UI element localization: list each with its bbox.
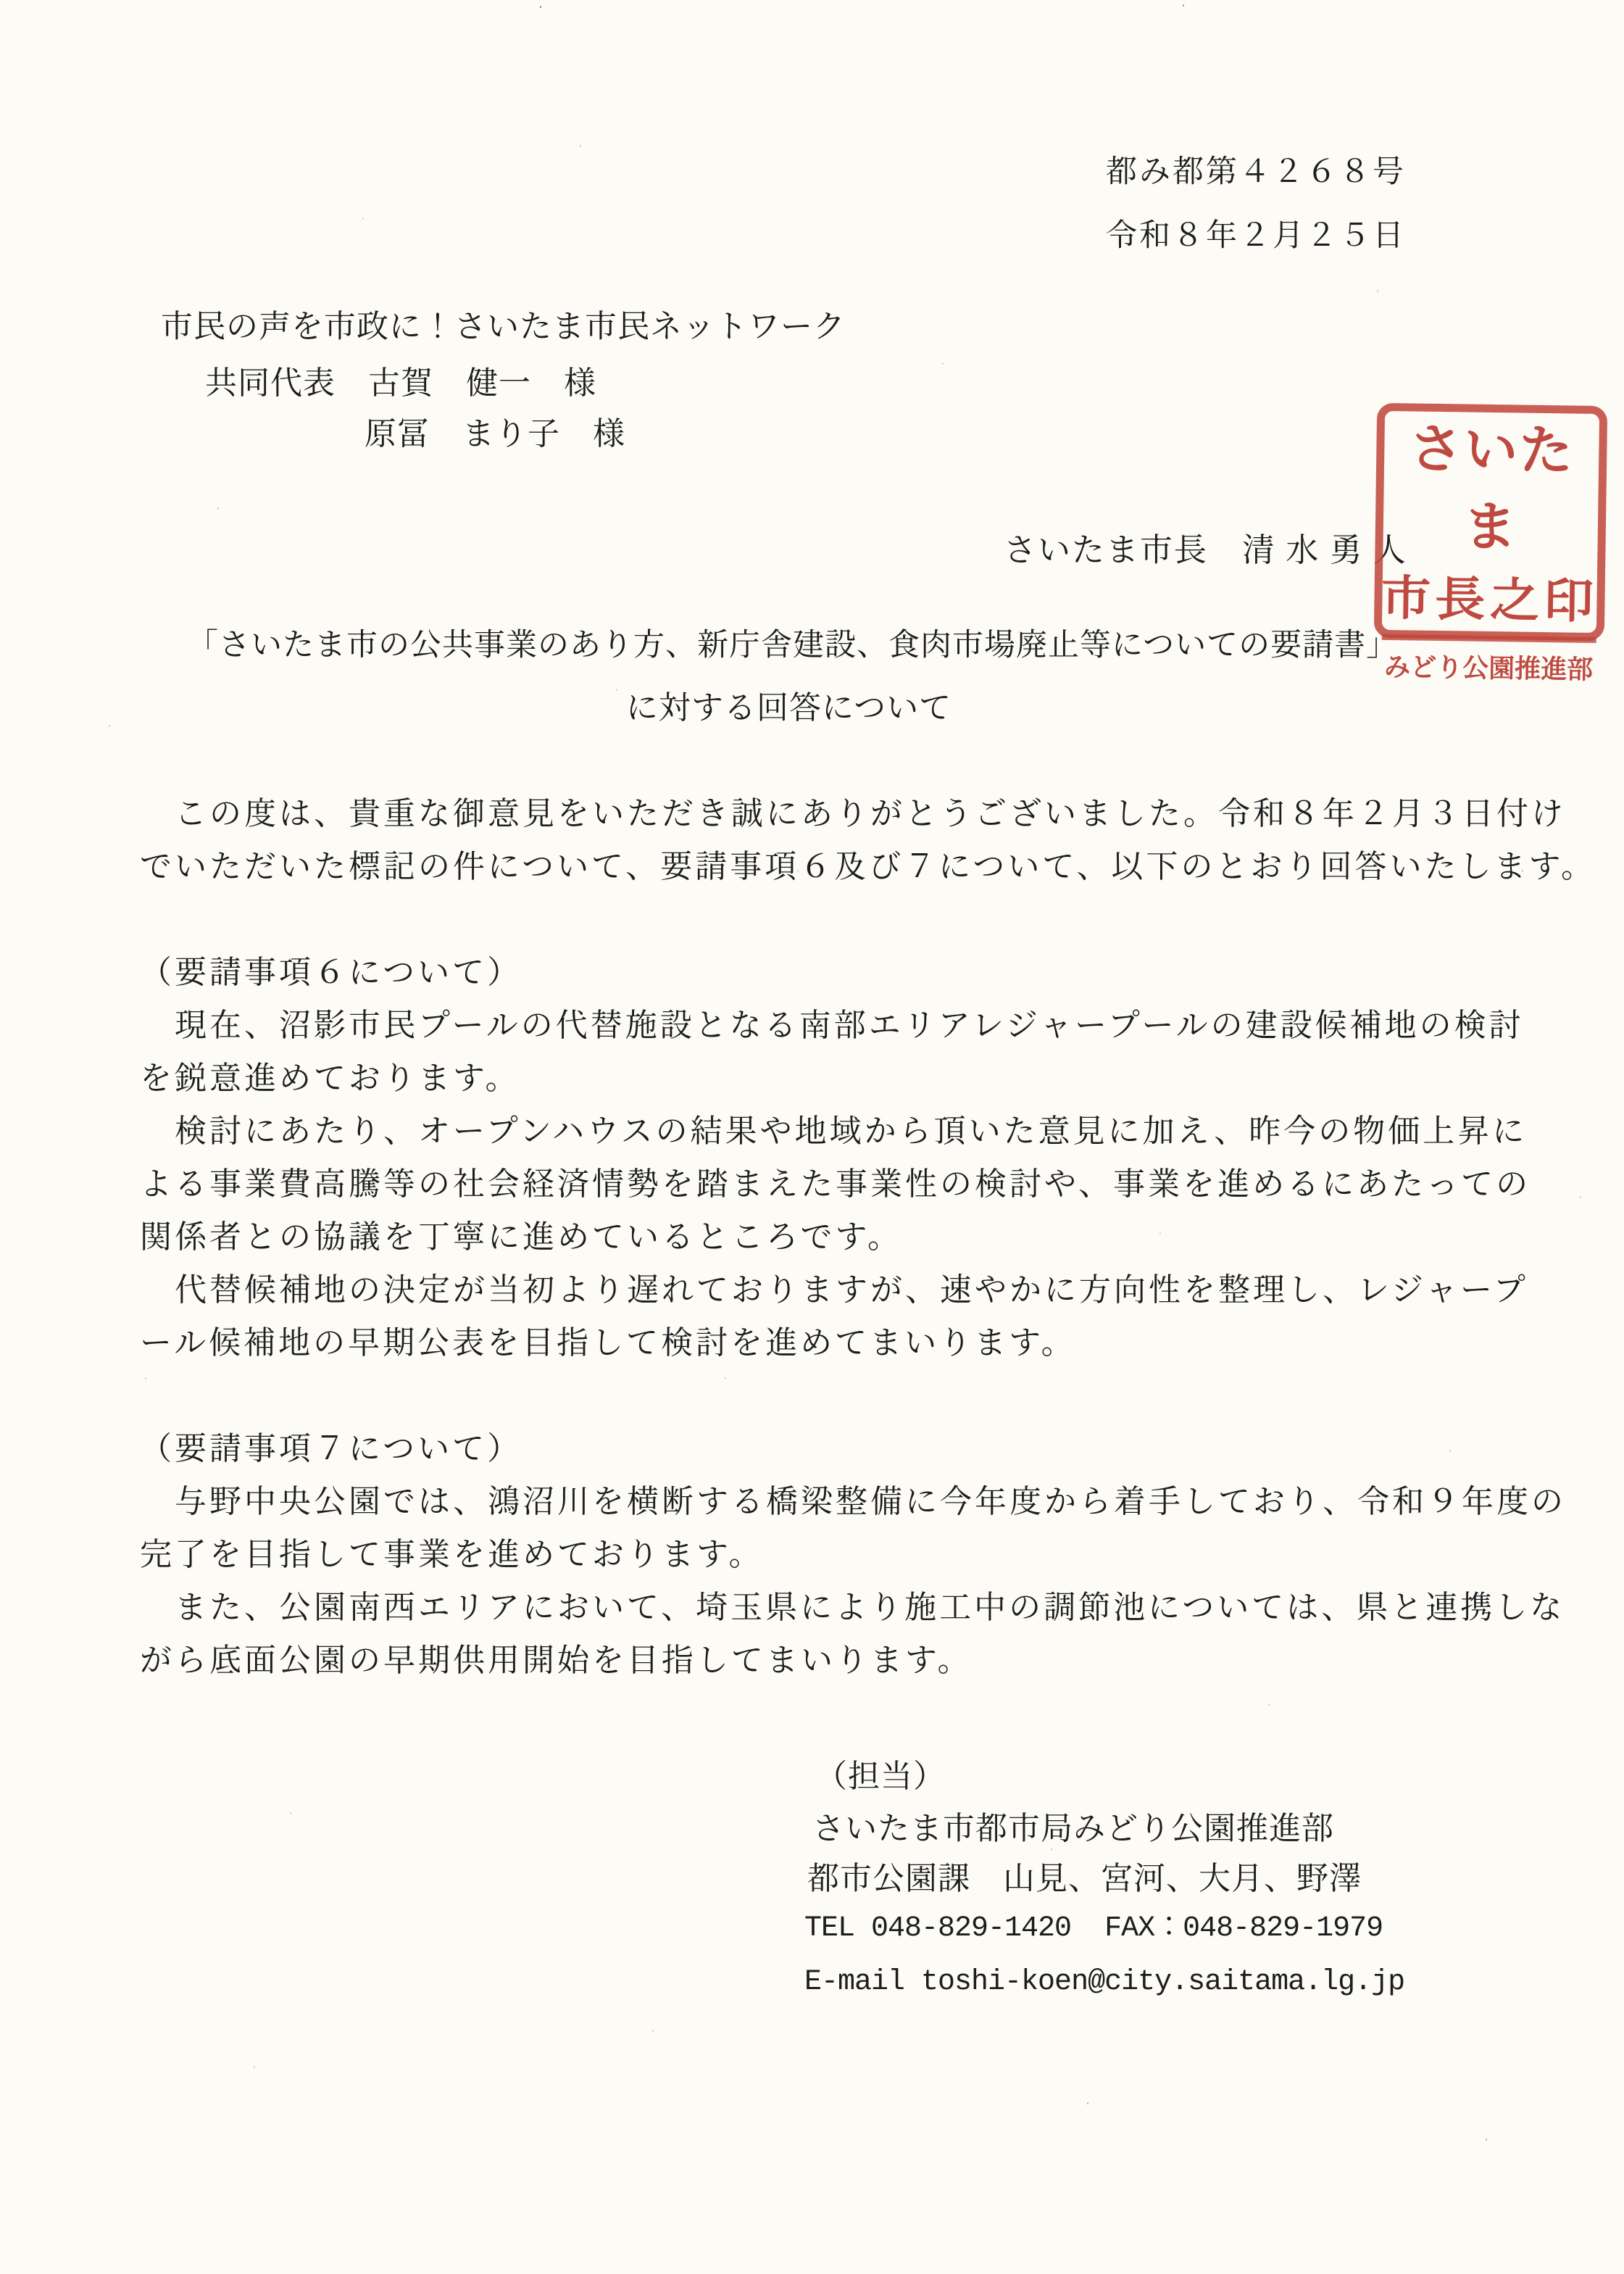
mayor-seal: さいたま 市長之印 みどり公園推進部: [1374, 403, 1607, 641]
doc-date: 令和８年２月２５日: [1106, 211, 1406, 255]
recipient-org: 市民の声を市政に！さいたま市民ネットワーク: [161, 300, 846, 347]
body-line: 与野中央公園では、鴻沼川を横断する橋梁整備に今年度から着手しており、令和９年度の: [140, 1475, 1596, 1528]
contact-label: （担当）: [815, 1750, 946, 1796]
body-line: よる事業費高騰等の社会経済情勢を踏まえた事業性の検討や、事業を進めるにあたっての: [140, 1158, 1596, 1211]
contact-dept: 都市公園課 山見、宮河、大月、野澤: [807, 1852, 1362, 1899]
recipient-rep-1: 共同代表 古賀 健一 様: [205, 357, 596, 403]
seal-text-bottom: みどり公園推進部: [1381, 634, 1596, 697]
body-line: （要請事項７について）: [140, 1422, 1596, 1475]
contact-org: さいたま市都市局みどり公園推進部: [812, 1802, 1334, 1848]
body-line: 代替候補地の決定が当初より遅れておりますが、速やかに方向性を整理し、レジャープ: [140, 1263, 1596, 1316]
body-line: [140, 893, 1596, 946]
body-line: を鋭意進めております。: [140, 1052, 1596, 1105]
scan-noise: [0, 0, 1, 2]
subject-line-1: 「さいたま市の公共事業のあり方、新庁舎建設、食肉市場廃止等についての要請書」: [187, 621, 1398, 665]
contact-tel: TEL 048-829-1420 FAX：048-829-1979: [804, 1903, 1383, 1945]
letter-page: 都み都第４２６８号 令和８年２月２５日 市民の声を市政に！さいたま市民ネットワー…: [0, 0, 1624, 2274]
seal-text-top: さいたま: [1383, 411, 1599, 568]
body-line: また、公園南西エリアにおいて、埼玉県により施工中の調節池については、県と連携しな: [140, 1581, 1596, 1634]
body-line: [140, 1369, 1596, 1422]
body-line: この度は、貴重な御意見をいただき誠にありがとうございました。令和８年２月３日付け: [140, 787, 1596, 840]
subject-line-2: に対する回答について: [626, 681, 952, 728]
sender-line: さいたま市長 清 水 勇 人: [1004, 523, 1407, 570]
body-line: でいただいた標記の件について、要請事項６及び７について、以下のとおり回答いたしま…: [140, 840, 1596, 893]
doc-number: 都み都第４２６８号: [1106, 147, 1406, 191]
recipient-rep-2: 原冨 まり子 様: [365, 407, 625, 454]
body-line: 検討にあたり、オープンハウスの結果や地域から頂いた意見に加え、昨今の物価上昇に: [140, 1105, 1596, 1158]
body-text: この度は、貴重な御意見をいただき誠にありがとうございました。令和８年２月３日付け…: [140, 787, 1596, 1687]
seal-text-middle: 市長之印: [1378, 565, 1602, 637]
body-line: 完了を目指して事業を進めております。: [140, 1528, 1596, 1581]
contact-email: E-mail toshi-koen@city.saitama.lg.jp: [804, 1966, 1404, 1999]
body-line: 現在、沼影市民プールの代替施設となる南部エリアレジャープールの建設候補地の検討: [140, 999, 1596, 1052]
body-line: 関係者との協議を丁寧に進めているところです。: [140, 1211, 1596, 1263]
body-line: （要請事項６について）: [140, 946, 1596, 999]
body-line: がら底面公園の早期供用開始を目指してまいります。: [140, 1634, 1596, 1687]
body-line: ール候補地の早期公表を目指して検討を進めてまいります。: [140, 1316, 1596, 1369]
